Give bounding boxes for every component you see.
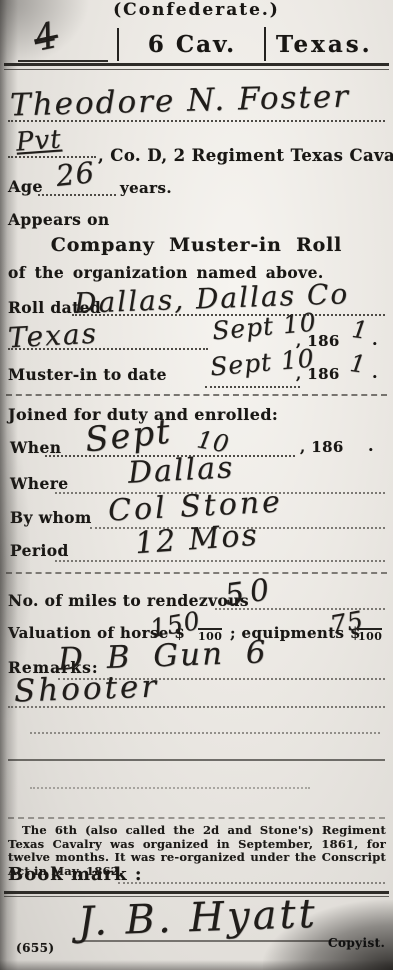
section-rule-2 xyxy=(6,572,387,574)
soldier-name: Theodore N. Foster xyxy=(10,82,351,122)
blank-line-3 xyxy=(30,787,310,789)
period-underline xyxy=(55,560,385,562)
header-divider-right xyxy=(264,27,266,61)
where-value: Dallas xyxy=(127,453,235,489)
by-whom-label: By whom xyxy=(10,508,92,527)
blank-line-2 xyxy=(8,759,385,761)
miles-label: No. of miles to rendezvous xyxy=(8,591,249,610)
muster-in-underline xyxy=(205,386,300,388)
period-value: 12 Mos xyxy=(134,521,260,560)
roll-year-digit: 1 xyxy=(350,317,369,343)
remarks-line2: Shooter xyxy=(14,671,160,707)
confederate-label: (Confederate.) xyxy=(0,0,393,20)
when-year-prefix: , 186 xyxy=(300,438,344,456)
form-number: (655) xyxy=(16,941,54,955)
roll-period-dot: . xyxy=(372,330,378,349)
book-mark-underline xyxy=(118,882,385,884)
footer-rule-top xyxy=(4,891,389,894)
roll-place-state: Texas xyxy=(7,320,98,353)
header-rule-bottom xyxy=(4,69,389,70)
copyist-label: Copyist. xyxy=(328,936,385,950)
appears-on-label: Appears on xyxy=(8,210,110,229)
rank-value: Pvt xyxy=(15,126,62,155)
age-underline xyxy=(38,194,116,196)
when-period-dot: . xyxy=(368,436,374,455)
years-label: years. xyxy=(120,179,172,197)
equipments-value: 75 xyxy=(328,607,366,637)
miles-value: 50 xyxy=(223,575,277,612)
when-label: When xyxy=(10,438,61,457)
muster-year-digit: 1 xyxy=(348,351,367,377)
company-mark: 4 xyxy=(31,18,62,58)
where-label: Where xyxy=(10,474,69,493)
scan-shadow-bottom-edge xyxy=(0,960,393,970)
roll-title: Company Muster-in Roll xyxy=(0,234,393,256)
unit-label: 6 Cav. xyxy=(126,31,258,58)
blank-line-1 xyxy=(30,732,380,734)
copyist-signature: J. B. Hyatt xyxy=(77,894,318,942)
company-mark-underline xyxy=(18,60,108,62)
period-label: Period xyxy=(10,541,69,560)
blank-line-4 xyxy=(8,817,385,819)
when-month-value: Sept xyxy=(83,415,173,458)
company-line: , Co. D, 2 Regiment Texas Cavalry. xyxy=(98,146,393,165)
muster-period-dot: . xyxy=(372,363,378,382)
age-value: 26 xyxy=(55,158,97,191)
state-label: Texas. xyxy=(276,31,373,58)
muster-in-label: Muster-in to date xyxy=(8,365,167,384)
section-rule-1 xyxy=(6,394,387,396)
age-label: Age xyxy=(8,177,43,196)
header-divider-left xyxy=(117,28,119,61)
muster-roll-card: (Confederate.) 4 6 Cav. Texas. Theodore … xyxy=(0,0,393,970)
book-mark-label: Book mark : xyxy=(8,864,143,885)
header-rule-top xyxy=(4,63,389,66)
